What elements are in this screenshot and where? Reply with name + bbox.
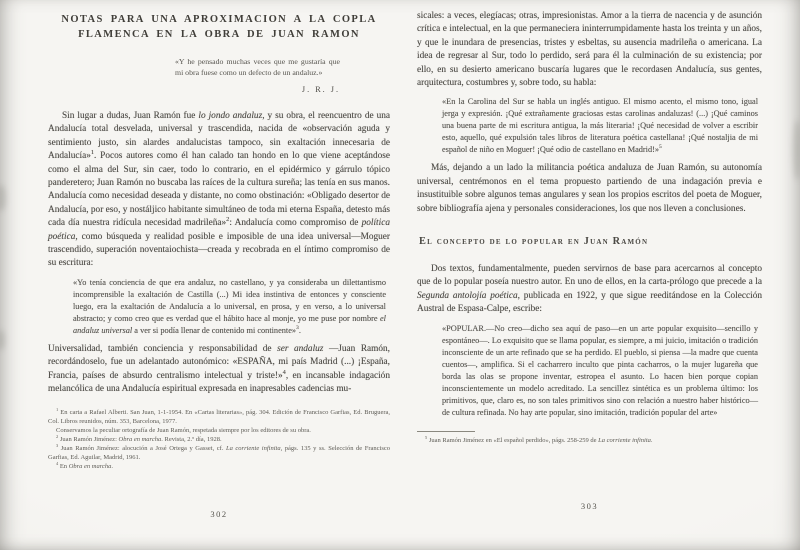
footnote: 3 Juan Ramón Jiménez: alocución a José O… — [48, 444, 390, 462]
block-quote: «Yo tenía conciencia de que era andaluz,… — [73, 277, 386, 337]
epigraph: «Y he pensado muchas veces que me gustar… — [175, 56, 340, 78]
footnote: 2 Juan Ramón Jiménez: Obra en marcha. Re… — [48, 435, 390, 444]
footnote: 1 En carta a Rafael Alberti. San Juan, 1… — [48, 408, 390, 426]
body-paragraph: Más, dejando a un lado la militancia poé… — [417, 162, 762, 216]
scan-smudge — [0, 185, 6, 211]
body-paragraph: Universalidad, también conciencia y resp… — [48, 343, 390, 397]
chapter-title-line1: NOTAS PARA UNA APROXIMACION A LA COPLA — [61, 14, 376, 25]
footnotes: 1 En carta a Rafael Alberti. San Juan, 1… — [48, 408, 390, 471]
page-number-left: 302 — [48, 509, 390, 519]
block-quote: «POPULAR.—No creo—dicho sea aquí de paso… — [442, 323, 758, 419]
book-spread-scan: NOTAS PARA UNA APROXIMACION A LA COPLA F… — [0, 0, 800, 550]
body-paragraph: Sin lugar a dudas, Juan Ramón fue lo jon… — [48, 110, 390, 271]
chapter-title: NOTAS PARA UNA APROXIMACION A LA COPLA F… — [48, 12, 390, 42]
section-heading: El concepto de lo popular en Juan Ramón — [419, 236, 762, 247]
body-paragraph: Dos textos, fundamentalmente, pueden ser… — [417, 263, 762, 317]
footnote: 4 En Obra en marcha. — [48, 462, 390, 471]
footnote: 5 Juan Ramón Jiménez en «El español perd… — [417, 436, 762, 445]
chapter-title-line2: FLAMENCA EN LA OBRA DE JUAN RAMON — [78, 29, 360, 40]
body-paragraph: sicales: a veces, elegíacas; otras, impr… — [417, 10, 762, 90]
left-page: NOTAS PARA UNA APROXIMACION A LA COPLA F… — [48, 12, 390, 471]
scan-smudge — [0, 330, 5, 350]
footnote: Conservamos la peculiar ortografía de Ju… — [48, 426, 390, 435]
footnotes: 5 Juan Ramón Jiménez en «El español perd… — [417, 436, 762, 445]
right-page: sicales: a veces, elegíacas; otras, impr… — [417, 10, 762, 445]
footnote-rule — [417, 431, 475, 432]
epigraph-signature: J. R. J. — [175, 85, 340, 94]
page-number-right: 303 — [417, 501, 762, 511]
scan-smudge — [793, 120, 800, 180]
block-quote: «En la Carolina del Sur se habla un ingl… — [442, 96, 758, 156]
